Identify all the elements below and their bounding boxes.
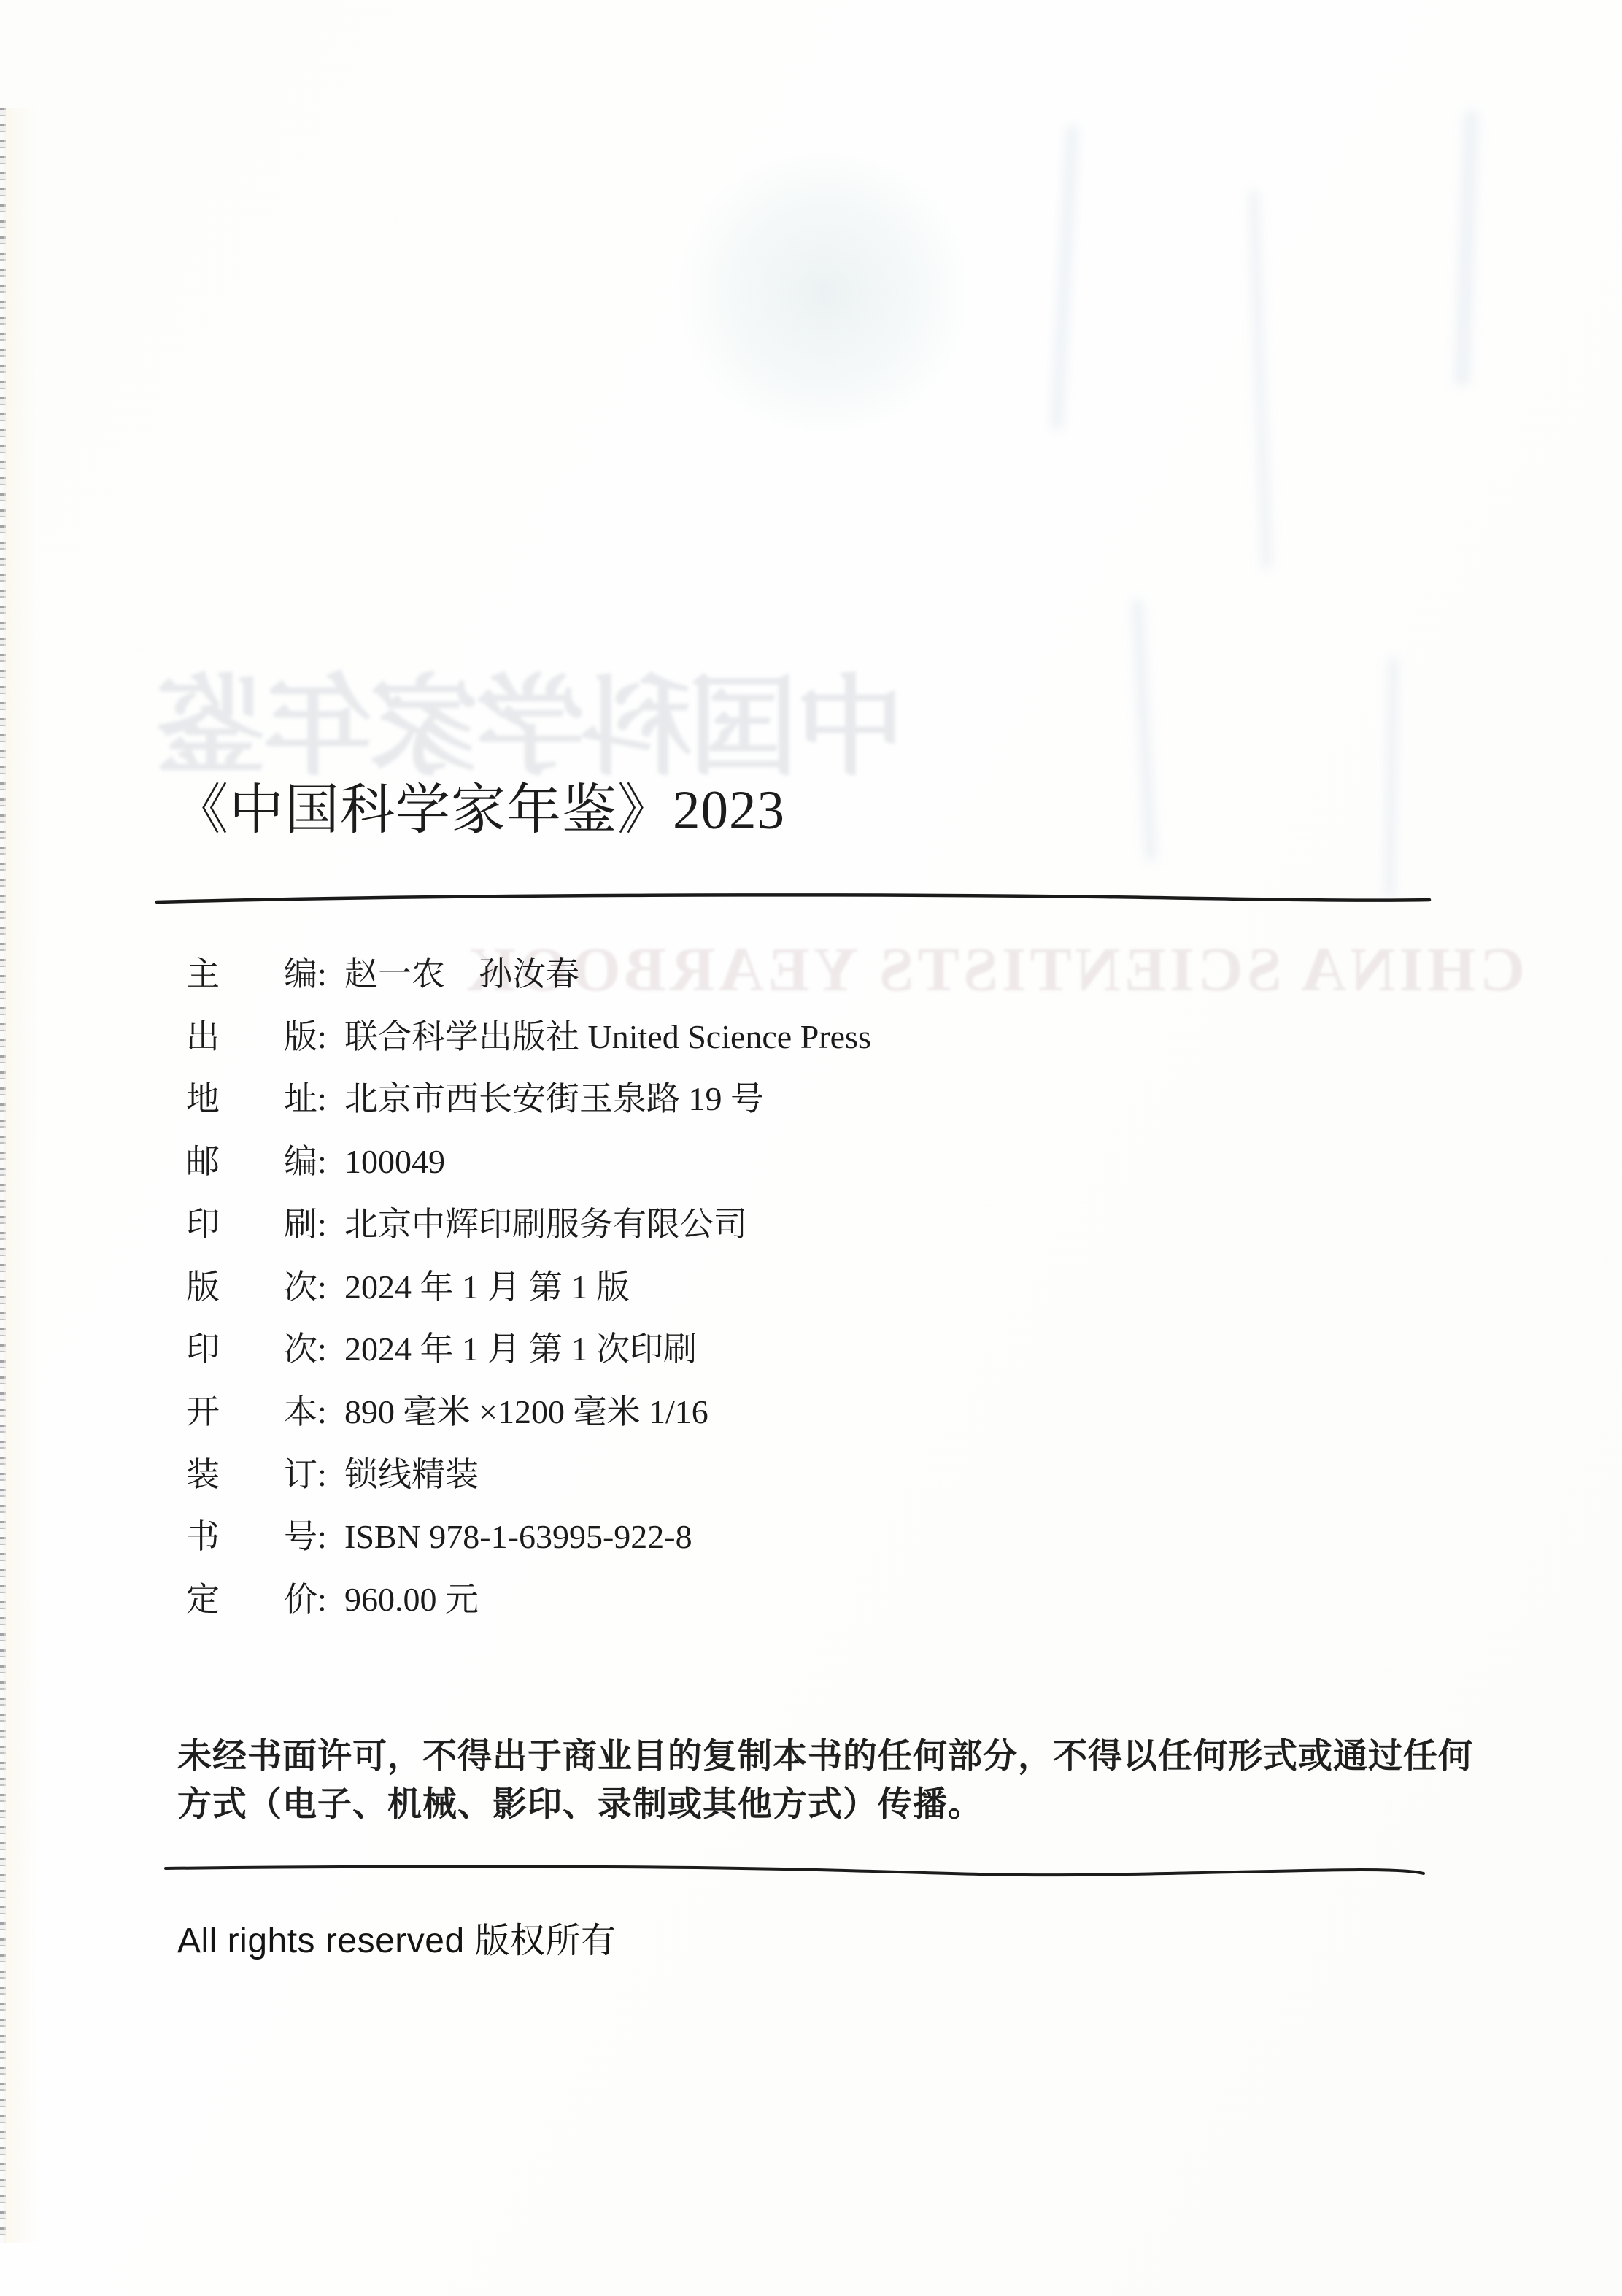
row-label: 定	[186, 1583, 220, 1617]
row-label: 装	[186, 1458, 220, 1492]
row-label: 刷:	[284, 1208, 327, 1241]
row-label: 开	[186, 1395, 220, 1429]
row-value: ISBN 978-1-63995-922-8	[344, 1520, 692, 1554]
row-label: 号:	[284, 1520, 327, 1554]
row-value: 赵一农 孙汝春	[344, 958, 579, 991]
row-value: 2024 年 1 月 第 1 次印刷	[344, 1333, 697, 1366]
row-label: 编:	[284, 1145, 327, 1179]
colophon-row-postcode: 邮 编: 100049	[0, 1145, 1532, 1192]
colophon-row-format: 开 本: 890 毫米 ×1200 毫米 1/16	[0, 1395, 1532, 1442]
row-label: 编:	[284, 958, 327, 991]
row-value: 北京中辉印刷服务有限公司	[344, 1208, 747, 1241]
row-value: 2024 年 1 月 第 1 版	[344, 1271, 630, 1304]
colophon-row-editor: 主 编: 赵一农 孙汝春	[0, 958, 1532, 1004]
scan-streak	[1248, 190, 1272, 569]
scan-streak	[1454, 109, 1478, 387]
row-value: 北京市西长安街玉泉路 19 号	[344, 1082, 764, 1116]
row-label: 印	[186, 1333, 220, 1366]
colophon-row-address: 地 址: 北京市西长安街玉泉路 19 号	[0, 1082, 1532, 1129]
colophon-row-binding: 装 订: 锁线精装	[0, 1458, 1532, 1505]
colophon-row-edition: 版 次: 2024 年 1 月 第 1 版	[0, 1271, 1532, 1317]
colophon-row-publisher: 出 版: 联合科学出版社 United Science Press	[0, 1020, 1532, 1067]
publisher-seal-watermark	[671, 155, 978, 431]
row-label: 本:	[284, 1395, 327, 1429]
scan-streak	[1384, 657, 1399, 898]
colophon-list: 主 编: 赵一农 孙汝春 出 版: 联合科学出版社 United Science…	[0, 958, 1622, 1651]
row-value: 联合科学出版社 United Science Press	[344, 1020, 871, 1054]
rights-statement: All rights reserved 版权所有	[177, 1912, 616, 1962]
colophon-row-printing: 印 次: 2024 年 1 月 第 1 次印刷	[0, 1333, 1532, 1379]
divider-top	[155, 892, 1432, 908]
row-label: 址:	[284, 1082, 327, 1116]
divider-bottom	[163, 1864, 1426, 1883]
scan-streak	[1132, 598, 1157, 861]
row-label: 印	[186, 1208, 220, 1241]
row-label: 邮	[186, 1145, 220, 1179]
scan-streak	[1050, 124, 1079, 431]
copyright-notice-line-2: 方式（电子、机械、影印、录制或其他方式）传播。	[177, 1788, 983, 1822]
colophon-row-printer: 印 刷: 北京中辉印刷服务有限公司	[0, 1208, 1532, 1255]
row-label: 主	[186, 958, 220, 991]
row-label: 书	[186, 1520, 220, 1554]
copyright-notice-line-1: 未经书面许可，不得出于商业目的复制本书的任何部分，不得以任何形式或通过任何	[177, 1740, 1473, 1774]
row-label: 价:	[284, 1583, 327, 1617]
row-value: 100049	[344, 1145, 445, 1179]
row-label: 次:	[284, 1333, 327, 1366]
row-value: 锁线精装	[344, 1458, 479, 1492]
colophon-row-price: 定 价: 960.00 元	[0, 1583, 1532, 1630]
row-value: 960.00 元	[344, 1583, 479, 1617]
colophon-row-isbn: 书 号: ISBN 978-1-63995-922-8	[0, 1520, 1532, 1567]
row-label: 版	[186, 1271, 220, 1304]
row-label: 出	[186, 1020, 220, 1054]
row-label: 版:	[284, 1020, 327, 1054]
row-label: 次:	[284, 1271, 327, 1304]
row-label: 订:	[284, 1458, 327, 1492]
row-value: 890 毫米 ×1200 毫米 1/16	[344, 1395, 708, 1429]
colophon-page: 中国科学家年鉴 CHINA SCIENTISTS YEARBOOK 《中国科学家…	[0, 0, 1622, 2296]
row-label: 地	[186, 1082, 220, 1116]
book-title: 《中国科学家年鉴》2023	[174, 766, 785, 844]
